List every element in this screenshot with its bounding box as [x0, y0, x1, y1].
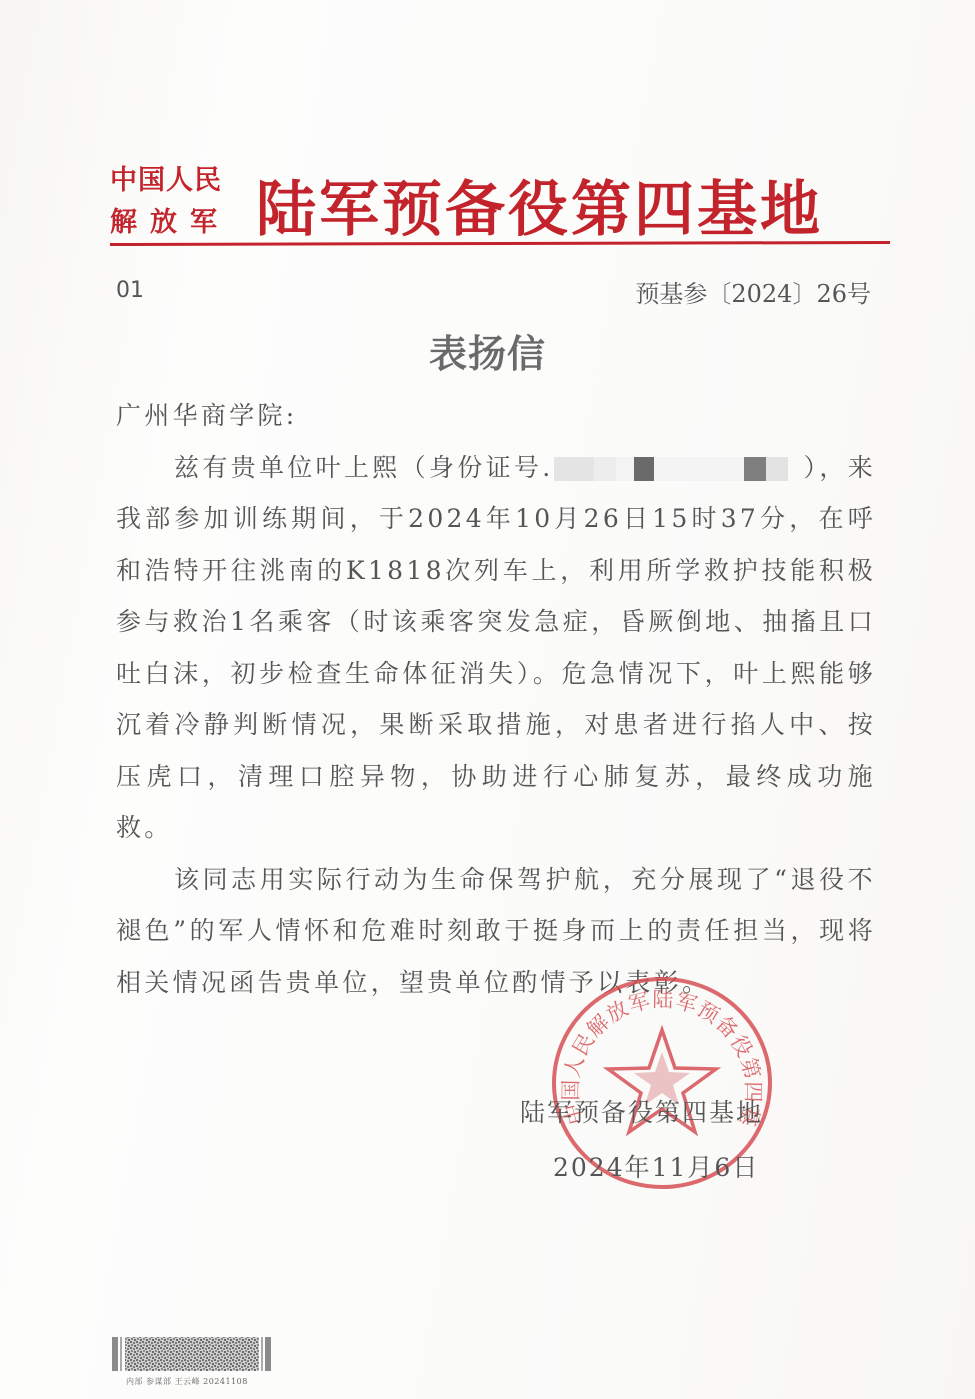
- barcode-caption: 内部 参谋部 王云峰 20241108: [126, 1376, 248, 1387]
- document-barcode-icon: [112, 1335, 272, 1373]
- letterhead: 中国人民 解放军 陆军预备役第四基地: [110, 160, 890, 250]
- document-sequence: 01: [116, 278, 144, 303]
- document-page: 中国人民 解放军 陆军预备役第四基地 01 预基参〔2024〕26号 表扬信 广…: [0, 0, 975, 1399]
- redacted-id-number: [554, 457, 804, 481]
- document-title: 表扬信: [0, 323, 975, 378]
- letterhead-title: 陆军预备役第四基地: [256, 174, 823, 246]
- paragraph-1-start: 兹有贵单位叶上熙（身份证号.: [174, 453, 554, 482]
- document-number: 预基参〔2024〕26号: [635, 274, 871, 309]
- signature-date: 2024年11月6日: [553, 1148, 759, 1184]
- letterhead-prefix-line1: 中国人民: [110, 160, 260, 202]
- salutation: 广州华商学院:: [116, 390, 876, 442]
- signature-organization: 陆军预备役第四基地: [520, 1093, 763, 1129]
- letterhead-prefix-line2: 解放军: [110, 202, 260, 244]
- letter-body: 广州华商学院: 兹有贵单位叶上熙（身份证号.），来我部参加训练期间，于2024年…: [116, 390, 876, 1008]
- letterhead-prefix: 中国人民 解放军: [110, 160, 260, 244]
- paragraph-1-rest: ），来我部参加训练期间，于2024年10月26日15时37分，在呼和浩特开往洮南…: [116, 453, 876, 843]
- paragraph-1: 兹有贵单位叶上熙（身份证号.），来我部参加训练期间，于2024年10月26日15…: [116, 442, 876, 854]
